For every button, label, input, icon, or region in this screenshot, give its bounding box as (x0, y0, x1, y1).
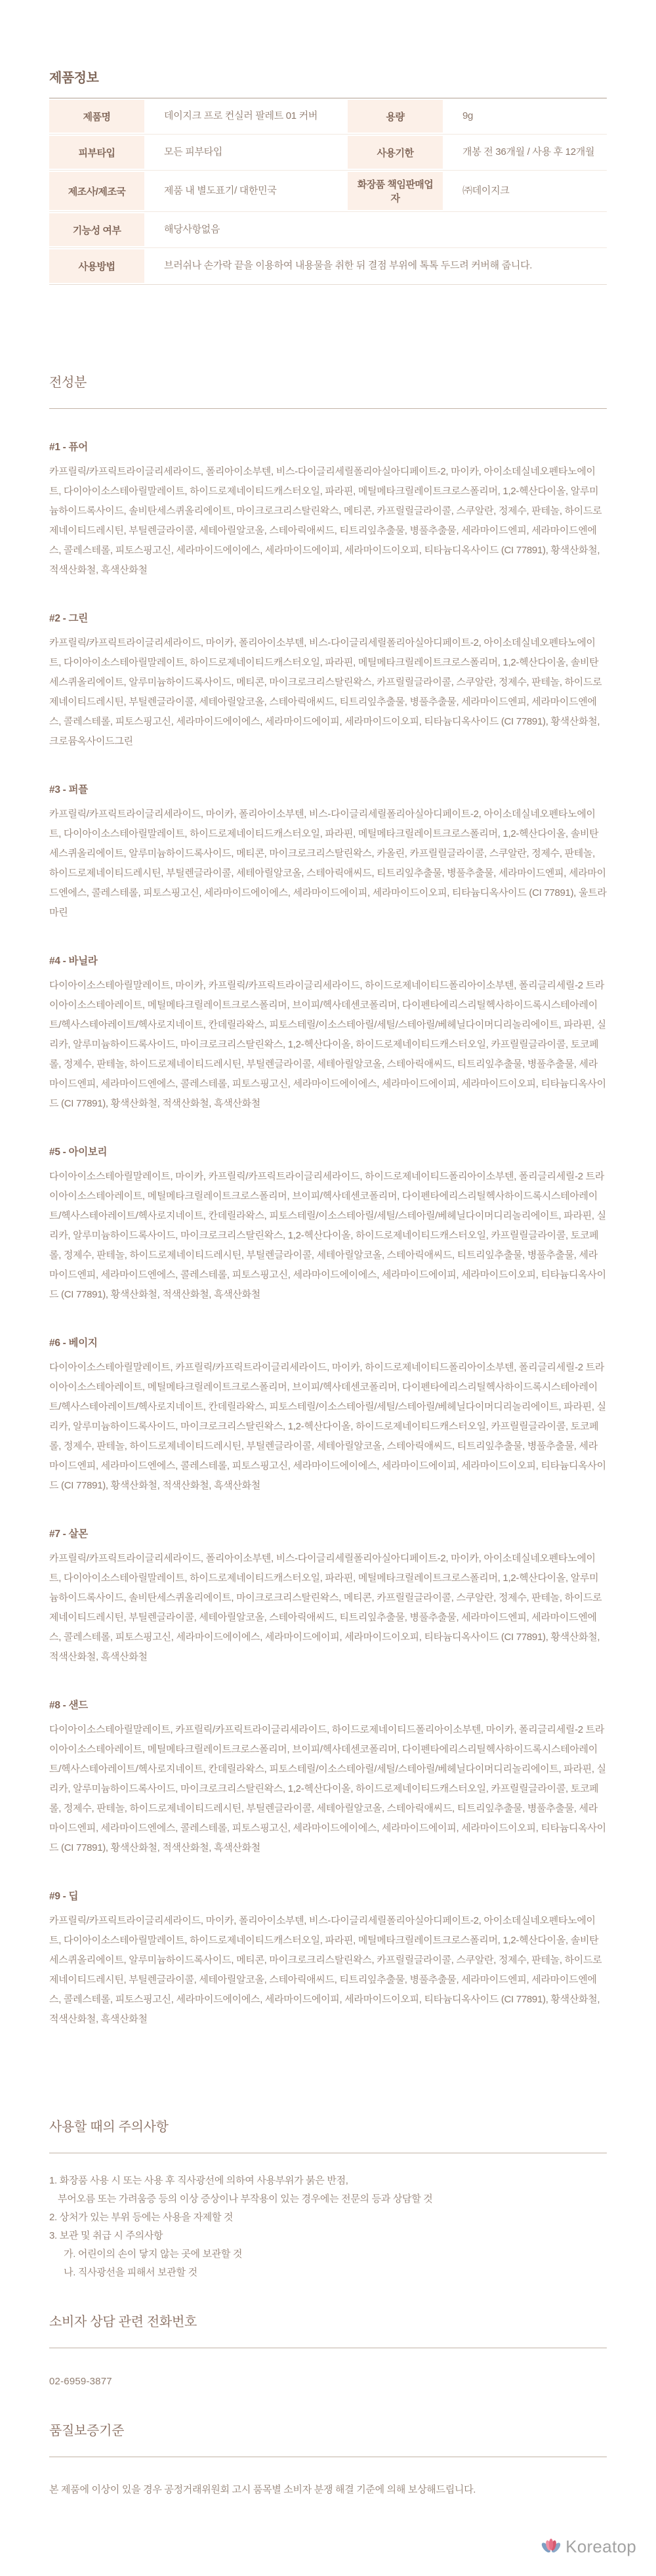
shade-name: #8 - 샌드 (49, 1697, 607, 1712)
shade-ingredients: 카프릴릭/카프릭트라이글리세라이드, 마이카, 폴리아이소부텐, 비스-다이글리… (49, 805, 607, 923)
shade-name: #2 - 그린 (49, 610, 607, 625)
ingredient-block: #1 - 퓨어 카프릴릭/카프릭트라이글리세라이드, 폴리아이소부텐, 비스-다… (49, 439, 607, 580)
page-title: 제품정보 (49, 67, 607, 86)
product-info-table: 제품명 데이지크 프로 컨실러 팔레트 01 커버 용량 9g 피부타입 모든 … (49, 98, 607, 285)
section-title-consumer: 소비자 상담 관련 전화번호 (49, 2311, 607, 2330)
shade-ingredients: 카프릴릭/카프릭트라이글리세라이드, 폴리아이소부텐, 비스-다이글리세릴폴리아… (49, 1549, 607, 1667)
info-label: 피부타입 (49, 136, 144, 169)
section-title-ingredients: 전성분 (49, 371, 607, 391)
shade-name: #6 - 베이지 (49, 1335, 607, 1349)
precaution-line: 가. 어린이의 손이 닿지 않는 곳에 보관할 것 (49, 2245, 607, 2264)
divider (49, 2457, 607, 2457)
ingredient-block: #9 - 딥 카프릴릭/카프릭트라이글리세라이드, 마이카, 폴리아이소부텐, … (49, 1888, 607, 2029)
ingredient-block: #6 - 베이지 다이아이소스테아릴말레이트, 카프릴릭/카프릭트라이글리세라이… (49, 1335, 607, 1496)
info-value: 9g (443, 98, 607, 134)
section-consumer-phone: 소비자 상담 관련 전화번호 02-6959-3877 (49, 2311, 607, 2387)
table-row: 제조사/제조국 제품 내 별도표기/ 대한민국 화장품 책임판매업자 ㈜데이지크 (49, 171, 607, 212)
table-row: 피부타입 모든 피부타입 사용기한 개봉 전 36개월 / 사용 후 12개월 (49, 135, 607, 171)
info-label: 사용방법 (49, 249, 144, 283)
lotus-logo-icon (540, 2535, 562, 2559)
precaution-list: 1. 화장품 사용 시 또는 사용 후 직사광선에 의하여 사용부위가 붉은 반… (49, 2172, 607, 2282)
shade-ingredients: 다이아이소스테아릴말레이트, 마이카, 카프릴릭/카프릭트라이글리세라이드, 하… (49, 1167, 607, 1305)
shade-name: #3 - 퍼플 (49, 782, 607, 796)
info-value: 제품 내 별도표기/ 대한민국 (144, 171, 348, 211)
ingredient-block: #2 - 그린 카프릴릭/카프릭트라이글리세라이드, 마이카, 폴리아이소부텐,… (49, 610, 607, 751)
table-row: 제품명 데이지크 프로 컨실러 팔레트 01 커버 용량 9g (49, 98, 607, 135)
section-title-precautions: 사용할 때의 주의사항 (49, 2116, 607, 2135)
ingredient-block: #5 - 아이보리 다이아이소스테아릴말레이트, 마이카, 카프릴릭/카프릭트라… (49, 1144, 607, 1305)
divider (49, 408, 607, 409)
shade-name: #1 - 퓨어 (49, 439, 607, 454)
info-label: 화장품 책임판매업자 (348, 172, 443, 210)
section-title-quality: 품질보증기준 (49, 2420, 607, 2439)
divider (49, 2153, 607, 2153)
info-label: 용량 (348, 100, 443, 133)
info-label: 사용기한 (348, 136, 443, 169)
shade-ingredients: 다이아이소스테아릴말레이트, 카프릴릭/카프릭트라이글리세라이드, 하이드로제네… (49, 1720, 607, 1858)
table-row: 기능성 여부 해당사항없음 (49, 212, 607, 248)
divider (49, 2348, 607, 2348)
product-detail-page: 제품정보 제품명 데이지크 프로 컨실러 팔레트 01 커버 용량 9g 피부타… (0, 0, 656, 2498)
info-value: 데이지크 프로 컨실러 팔레트 01 커버 (144, 98, 348, 134)
shade-name: #7 - 살몬 (49, 1526, 607, 1540)
precaution-line: 부어오름 또는 가려움증 등의 이상 증상이나 부작용이 있는 경우에는 전문의… (49, 2190, 607, 2208)
precaution-line: 2. 상처가 있는 부위 등에는 사용을 자제할 것 (49, 2208, 607, 2227)
shade-name: #5 - 아이보리 (49, 1144, 607, 1158)
info-value: ㈜데이지크 (443, 171, 607, 211)
shade-ingredients: 카프릴릭/카프릭트라이글리세라이드, 폴리아이소부텐, 비스-다이글리세릴폴리아… (49, 462, 607, 580)
shade-ingredients: 카프릴릭/카프릭트라이글리세라이드, 마이카, 폴리아이소부텐, 비스-다이글리… (49, 1911, 607, 2029)
ingredient-block: #4 - 바닐라 다이아이소스테아릴말레이트, 마이카, 카프릴릭/카프릭트라이… (49, 953, 607, 1114)
shade-name: #4 - 바닐라 (49, 953, 607, 967)
section-precautions: 사용할 때의 주의사항 1. 화장품 사용 시 또는 사용 후 직사광선에 의하… (49, 2116, 607, 2282)
info-value: 모든 피부타입 (144, 135, 348, 170)
brand-name: Koreatop (565, 2537, 636, 2557)
ingredient-block: #8 - 샌드 다이아이소스테아릴말레이트, 카프릴릭/카프릭트라이글리세라이드… (49, 1697, 607, 1858)
quality-text: 본 제품에 이상이 있을 경우 공정거래위원회 고시 품목별 소비자 분쟁 해결… (49, 2482, 607, 2498)
precaution-line: 나. 직사광선을 피해서 보관할 것 (49, 2264, 607, 2282)
ingredient-block: #7 - 살몬 카프릴릭/카프릭트라이글리세라이드, 폴리아이소부텐, 비스-다… (49, 1526, 607, 1667)
info-value: 개봉 전 36개월 / 사용 후 12개월 (443, 135, 607, 170)
precaution-line: 3. 보관 및 취급 시 주의사항 (49, 2227, 607, 2245)
precaution-line: 1. 화장품 사용 시 또는 사용 후 직사광선에 의하여 사용부위가 붉은 반… (49, 2172, 607, 2190)
brand-footer: Koreatop (0, 2535, 636, 2559)
info-label: 제품명 (49, 100, 144, 133)
info-label: 기능성 여부 (49, 213, 144, 246)
section-ingredients: 전성분 #1 - 퓨어 카프릴릭/카프릭트라이글리세라이드, 폴리아이소부텐, … (49, 371, 607, 2029)
section-quality: 품질보증기준 본 제품에 이상이 있을 경우 공정거래위원회 고시 품목별 소비… (49, 2420, 607, 2498)
ingredient-block: #3 - 퍼플 카프릴릭/카프릭트라이글리세라이드, 마이카, 폴리아이소부텐,… (49, 782, 607, 923)
shade-ingredients: 카프릴릭/카프릭트라이글리세라이드, 마이카, 폴리아이소부텐, 비스-다이글리… (49, 633, 607, 751)
info-value: 브러쉬나 손가락 끝을 이용하여 내용물을 취한 뒤 결점 부위에 톡톡 두드려… (144, 248, 607, 284)
info-label: 제조사/제조국 (49, 172, 144, 210)
shade-name: #9 - 딥 (49, 1888, 607, 1903)
phone-number: 02-6959-3877 (49, 2376, 607, 2387)
shade-ingredients: 다이아이소스테아릴말레이트, 마이카, 카프릴릭/카프릭트라이글리세라이드, 하… (49, 976, 607, 1114)
shade-ingredients: 다이아이소스테아릴말레이트, 카프릴릭/카프릭트라이글리세라이드, 마이카, 하… (49, 1358, 607, 1496)
info-value: 해당사항없음 (144, 212, 607, 247)
table-row: 사용방법 브러쉬나 손가락 끝을 이용하여 내용물을 취한 뒤 결점 부위에 톡… (49, 248, 607, 284)
